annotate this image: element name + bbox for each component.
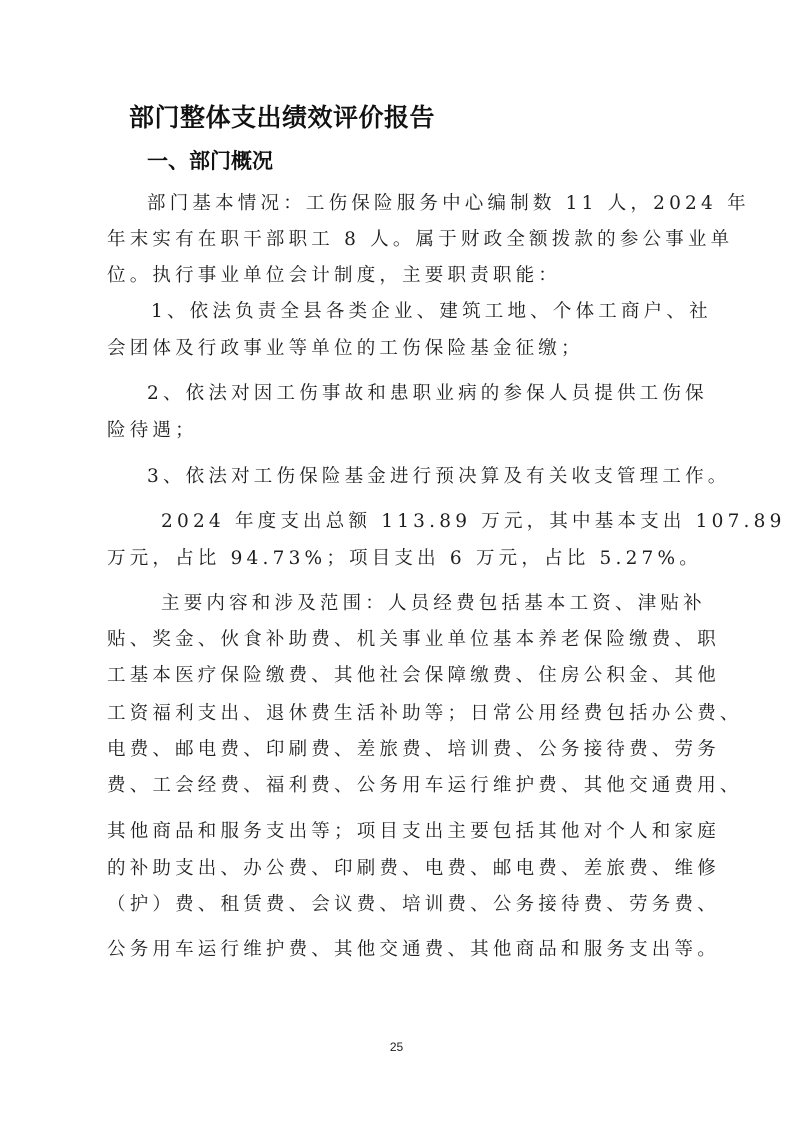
scope-paragraph-line: 费、工会经费、福利费、公务用车运行维护费、其他交通费用、: [107, 774, 743, 798]
document-page: 部门整体支出绩效评价报告 一、部门概况 部门基本情况：工伤保险服务中心编制数 1…: [0, 0, 793, 1122]
scope-paragraph-line: 工基本医疗保险缴费、其他社会保障缴费、住房公积金、其他: [107, 664, 720, 688]
scope-paragraph-line: 公务用车运行维护费、其他交通费、其他商品和服务支出等。: [107, 938, 720, 962]
scope-paragraph-line: 主要内容和涉及范围：人员经费包括基本工资、津贴补: [161, 592, 706, 616]
scope-paragraph-line: 工资福利支出、退休费生活补助等；日常公用经费包括办公费、: [107, 702, 743, 726]
scope-paragraph-line: （护）费、租赁费、会议费、培训费、公务接待费、劳务费、: [107, 893, 720, 917]
paragraph-line: 会团体及行政事业等单位的工伤保险基金征缴；: [107, 337, 584, 361]
scope-paragraph-line: 电费、邮电费、印刷费、差旅费、培训费、公务接待费、劳务: [107, 738, 720, 762]
expenditure-summary-line: 万元，占比 94.73%；项目支出 6 万元，占比 5.27%。: [107, 547, 702, 571]
paragraph-line: 年末实有在职干部职工 8 人。属于财政全额拨款的参公事业单: [107, 228, 733, 252]
page-number: 25: [0, 1040, 793, 1054]
duty-item-3: 3、依法对工伤保险基金进行预决算及有关收支管理工作。: [147, 465, 730, 489]
scope-paragraph-line: 贴、奖金、伙食补助费、机关事业单位基本养老保险缴费、职: [107, 628, 720, 652]
expenditure-summary-line: 2024 年度支出总额 113.89 万元，其中基本支出 107.89: [161, 510, 786, 534]
scope-paragraph-line: 其他商品和服务支出等；项目支出主要包括其他对个人和家庭: [107, 820, 720, 844]
paragraph-line: 部门基本情况：工伤保险服务中心编制数 11 人，2024 年: [147, 192, 750, 216]
section-heading-department-overview: 一、部门概况: [147, 145, 273, 175]
duty-item-1: 1、依法负责全县各类企业、建筑工地、个体工商户、社: [151, 300, 712, 324]
paragraph-line: 位。执行事业单位会计制度，主要职责职能：: [107, 264, 561, 288]
duty-item-2: 2、依法对因工伤事故和患职业病的参保人员提供工伤保: [147, 382, 708, 406]
report-title: 部门整体支出绩效评价报告: [129, 98, 435, 134]
paragraph-line: 险待遇；: [107, 419, 198, 443]
scope-paragraph-line: 的补助支出、办公费、印刷费、电费、邮电费、差旅费、维修: [107, 857, 720, 881]
